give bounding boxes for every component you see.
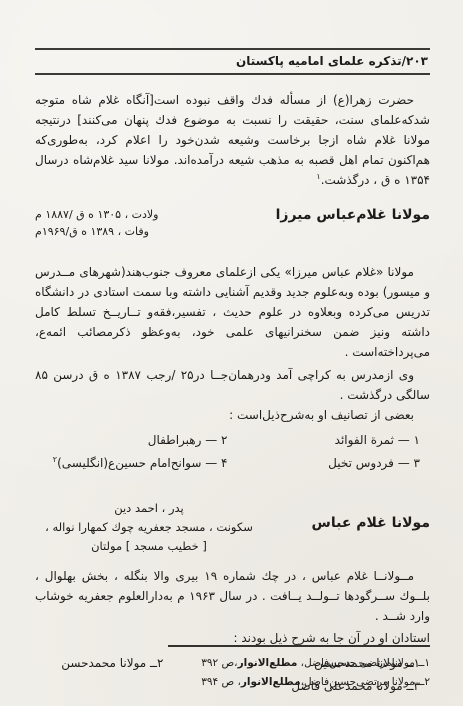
book-title: مطلع‌الانوار xyxy=(238,657,298,669)
works-list: ۱ — ثمرة الفوائد ۲ — رهبراطفال ۳ — فردوس… xyxy=(35,430,430,473)
scholar2-info: پدر ، احمد دین سكونت ، مسجد جعفریه چوك ك… xyxy=(35,499,263,556)
intro-paragraph: حضرت زهرا(ع) از مسأله فدك واقف نبوده است… xyxy=(35,90,430,190)
scholar1-death-note: وی ازمدرس به كراچی آمد ودرهمان‌جــا در۲۵… xyxy=(35,365,430,405)
scanned-book-page: ۲۰۳/تذكره علمای امامیه پاكستان حضرت زهرا… xyxy=(0,0,463,706)
page-content: ۲۰۳/تذكره علمای امامیه پاكستان حضرت زهرا… xyxy=(35,0,430,696)
work-item-4: ۴ — سوانح‌امام حسین‌ع(انگلیسی)۲ xyxy=(35,453,228,473)
works-intro: بعضی از تصانیف او به‌شرح‌ذیل‌است : xyxy=(35,405,430,425)
scholar2-name: مولانا غلام عباس xyxy=(312,499,430,532)
work-item-2: ۲ — رهبراطفال xyxy=(35,430,228,450)
page-header: ۲۰۳/تذكره علمای امامیه پاكستان xyxy=(35,48,430,75)
scholar1-dates: ولادت ، ۱۳۰۵ ه ق /۱۸۸۷ م وفات ، ۱۳۸۹ ه ق… xyxy=(35,206,158,240)
scholar1-bio-paragraph: مولانا «غلام عباس میرزا» یكی ازعلمای معر… xyxy=(35,262,430,362)
scholar2-residence: سكونت ، مسجد جعفریه چوك كمهارا نواله ، xyxy=(35,518,263,537)
scholar1-birth-date: ولادت ، ۱۳۰۵ ه ق /۱۸۸۷ م xyxy=(35,206,158,223)
scholar2-header: مولانا غلام عباس پدر ، احمد دین سكونت ، … xyxy=(35,499,430,556)
footnote-1: ۱ــ مولانامرتضی حسین‌فاضل، مطلع‌الانوار،… xyxy=(35,654,430,673)
footnote-divider xyxy=(168,645,430,647)
scholar1-death-date: وفات ، ۱۳۸۹ ه ق/۱۹۶۹م xyxy=(35,223,158,240)
footnote-2: ۲ــ مولانا مرتضی‌حسین‌فاضل،مطلع‌الانوار،… xyxy=(35,673,430,692)
book-title: مطلع‌الانوار xyxy=(241,676,301,688)
intro-paragraph-text: حضرت زهرا(ع) از مسأله فدك واقف نبوده است… xyxy=(35,93,430,187)
scholar1-header: مولانا غلام‌عباس میرزا ولادت ، ۱۳۰۵ ه ق … xyxy=(35,206,430,240)
scholar2-bio-paragraph: مــولانــا غلام عباس ، در چك شماره ۱۹ بی… xyxy=(35,566,430,626)
footnote-area: ۱ــ مولانامرتضی حسین‌فاضل، مطلع‌الانوار،… xyxy=(35,645,430,692)
page-header-title: ۲۰۳/تذكره علمای امامیه پاكستان xyxy=(236,54,428,68)
work-item-1: ۱ — ثمرة الفوائد xyxy=(228,430,421,450)
scholar2-father: پدر ، احمد دین xyxy=(35,499,263,518)
work-item-3: ۳ — فردوس تخیل xyxy=(228,453,421,473)
scholar1-name: مولانا غلام‌عباس میرزا xyxy=(276,206,430,224)
scholar2-role: [ خطیب مسجد ] مولتان xyxy=(35,537,263,556)
